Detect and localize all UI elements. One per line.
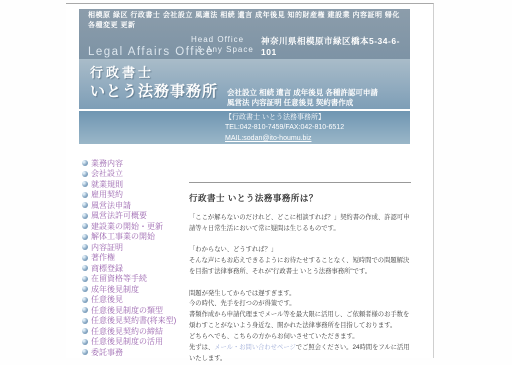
office-name-english: Legal Affairs Office [88,46,214,58]
bullet-icon [82,286,88,292]
site-title-line2: いとう法務事務所 [90,80,218,101]
sidebar-item-naiyo-shomei[interactable]: 内容証明 [82,242,186,253]
page-container: 相模原 緑区 行政書士 会社設立 風適法 相続 遺言 成年後見 知的財産権 建設… [66,3,434,358]
sidebar-nav: 業務内容 会社設立 就業規則 雇用契約 風営法申請 風営法許可概要 建設業の開始… [82,158,186,358]
sidebar-item-fueiho-shinsei[interactable]: 風営法申請 [82,200,186,211]
bullet-icon [82,160,88,166]
keyword-links-line2[interactable]: 各種変更 更新 [88,22,135,29]
sidebar-item-chosakuken[interactable]: 著作権 [82,253,186,264]
sidebar-item-nini-koken-ruikei[interactable]: 任意後見制度の類型 [82,305,186,316]
main-content: 行政書士 いとう法務事務所は？ 「ここが解らないのだけれど、どこに相談すれば？」… [189,158,423,358]
bullet-icon [82,181,88,187]
sidebar-item-itaku-jimu[interactable]: 委託事務 [82,347,186,358]
services-line1: 会社設立 相続 遺言 成年後見 各種許認可申請 [227,88,378,98]
page-title: 行政書士 いとう法務事務所は？ [189,192,423,204]
bullet-icon [82,171,88,177]
office-address: 神奈川県相模原市緑区橋本5-34-6-101 [261,35,410,57]
sidebar-item-seinen-koken[interactable]: 成年後見制度 [82,284,186,295]
bullet-icon [82,276,88,282]
contact-page-link[interactable]: メール・お問い合わせページ [214,344,296,351]
keyword-links-line1[interactable]: 相模原 緑区 行政書士 会社設立 風適法 相続 遺言 成年後見 知的財産権 建設… [88,12,400,19]
policy-paragraph: 問題が発生してからでは遅すぎます。 今の時代、先手を打つのが得策です。 書類作成… [189,289,415,358]
contact-block: 【行政書士 いとう法務事務所】 TEL:042-810-7459/FAX:042… [225,113,344,144]
sidebar-item-zairyu-shikaku[interactable]: 在留資格等手続 [82,274,186,285]
bullet-icon [82,307,88,313]
contact-office-name: 【行政書士 いとう法務事務所】 [225,113,344,123]
site-title-line1: 行政書士 [90,62,154,81]
contact-mail-link[interactable]: MAIL:sodan@ito-houmu.biz [225,135,311,142]
contact-tel-fax: TEL:042-810-7459/FAX:042-810-6512 [225,123,344,133]
intro-paragraph: 「ここが解らないのだけれど、どこに相談すれば？」契約書の作成、許認可申請等々日常… [189,213,415,235]
bullet-icon [82,223,88,229]
sidebar-item-nini-koken-teiketsu[interactable]: 任意後見契約の締結 [82,326,186,337]
sidebar-item-kaisha-setsuritsu[interactable]: 会社設立 [82,169,186,180]
sidebar-item-kaitai-koji[interactable]: 解体工事業の開始 [82,232,186,243]
bullet-icon [82,318,88,324]
bullet-icon [82,213,88,219]
bullet-icon [82,255,88,261]
bullet-icon [82,339,88,345]
keyword-links[interactable]: 相模原 緑区 行政書士 会社設立 風適法 相続 遺言 成年後見 知的財産権 建設… [88,11,400,31]
sidebar-item-nini-koken-keiyakusho[interactable]: 任意後見契約書(将来型) [82,316,186,327]
bullet-icon [82,202,88,208]
banner-contact-band: 【行政書士 いとう法務事務所】 TEL:042-810-7459/FAX:042… [79,111,410,144]
sidebar-item-nini-koken-katsuyo[interactable]: 任意後見制度の活用 [82,337,186,348]
site-banner: 相模原 緑区 行政書士 会社設立 風適法 相続 遺言 成年後見 知的財産権 建設… [79,9,410,144]
bullet-icon [82,297,88,303]
services-line2: 風営法 内容証明 任意後見 契約書作成 [227,98,378,108]
motto-paragraph: 「わからない、どうすれば？」 そんな声にもお応えできるようにお待たせすることなく… [189,245,415,278]
bullet-icon [82,349,88,355]
sidebar-item-nini-koken[interactable]: 任意後見 [82,295,186,306]
sidebar-item-gyomu-naiyo[interactable]: 業務内容 [82,158,186,169]
bullet-icon [82,265,88,271]
banner-title-band: 行政書士 いとう法務事務所 会社設立 相続 遺言 成年後見 各種許認可申請 風営… [79,59,410,109]
bullet-icon [82,328,88,334]
banner-top-band: 相模原 緑区 行政書士 会社設立 風適法 相続 遺言 成年後見 知的財産権 建設… [79,9,410,59]
sidebar-item-koyo-keiyaku[interactable]: 雇用契約 [82,190,186,201]
sidebar-item-kensetsugyo[interactable]: 建設業の開始・更新 [82,221,186,232]
sidebar-item-shugyo-kisoku[interactable]: 就業規則 [82,179,186,190]
bullet-icon [82,192,88,198]
bullet-icon [82,244,88,250]
sidebar-item-fueiho-kyoka[interactable]: 風営法許可概要 [82,211,186,222]
content-row: 業務内容 会社設立 就業規則 雇用契約 風営法申請 風営法許可概要 建設業の開始… [66,158,433,358]
services-list: 会社設立 相続 遺言 成年後見 各種許認可申請 風営法 内容証明 任意後見 契約… [227,88,378,107]
bullet-icon [82,234,88,240]
content-divider [189,182,411,183]
sidebar-item-shohyo-toroku[interactable]: 商標登録 [82,263,186,274]
